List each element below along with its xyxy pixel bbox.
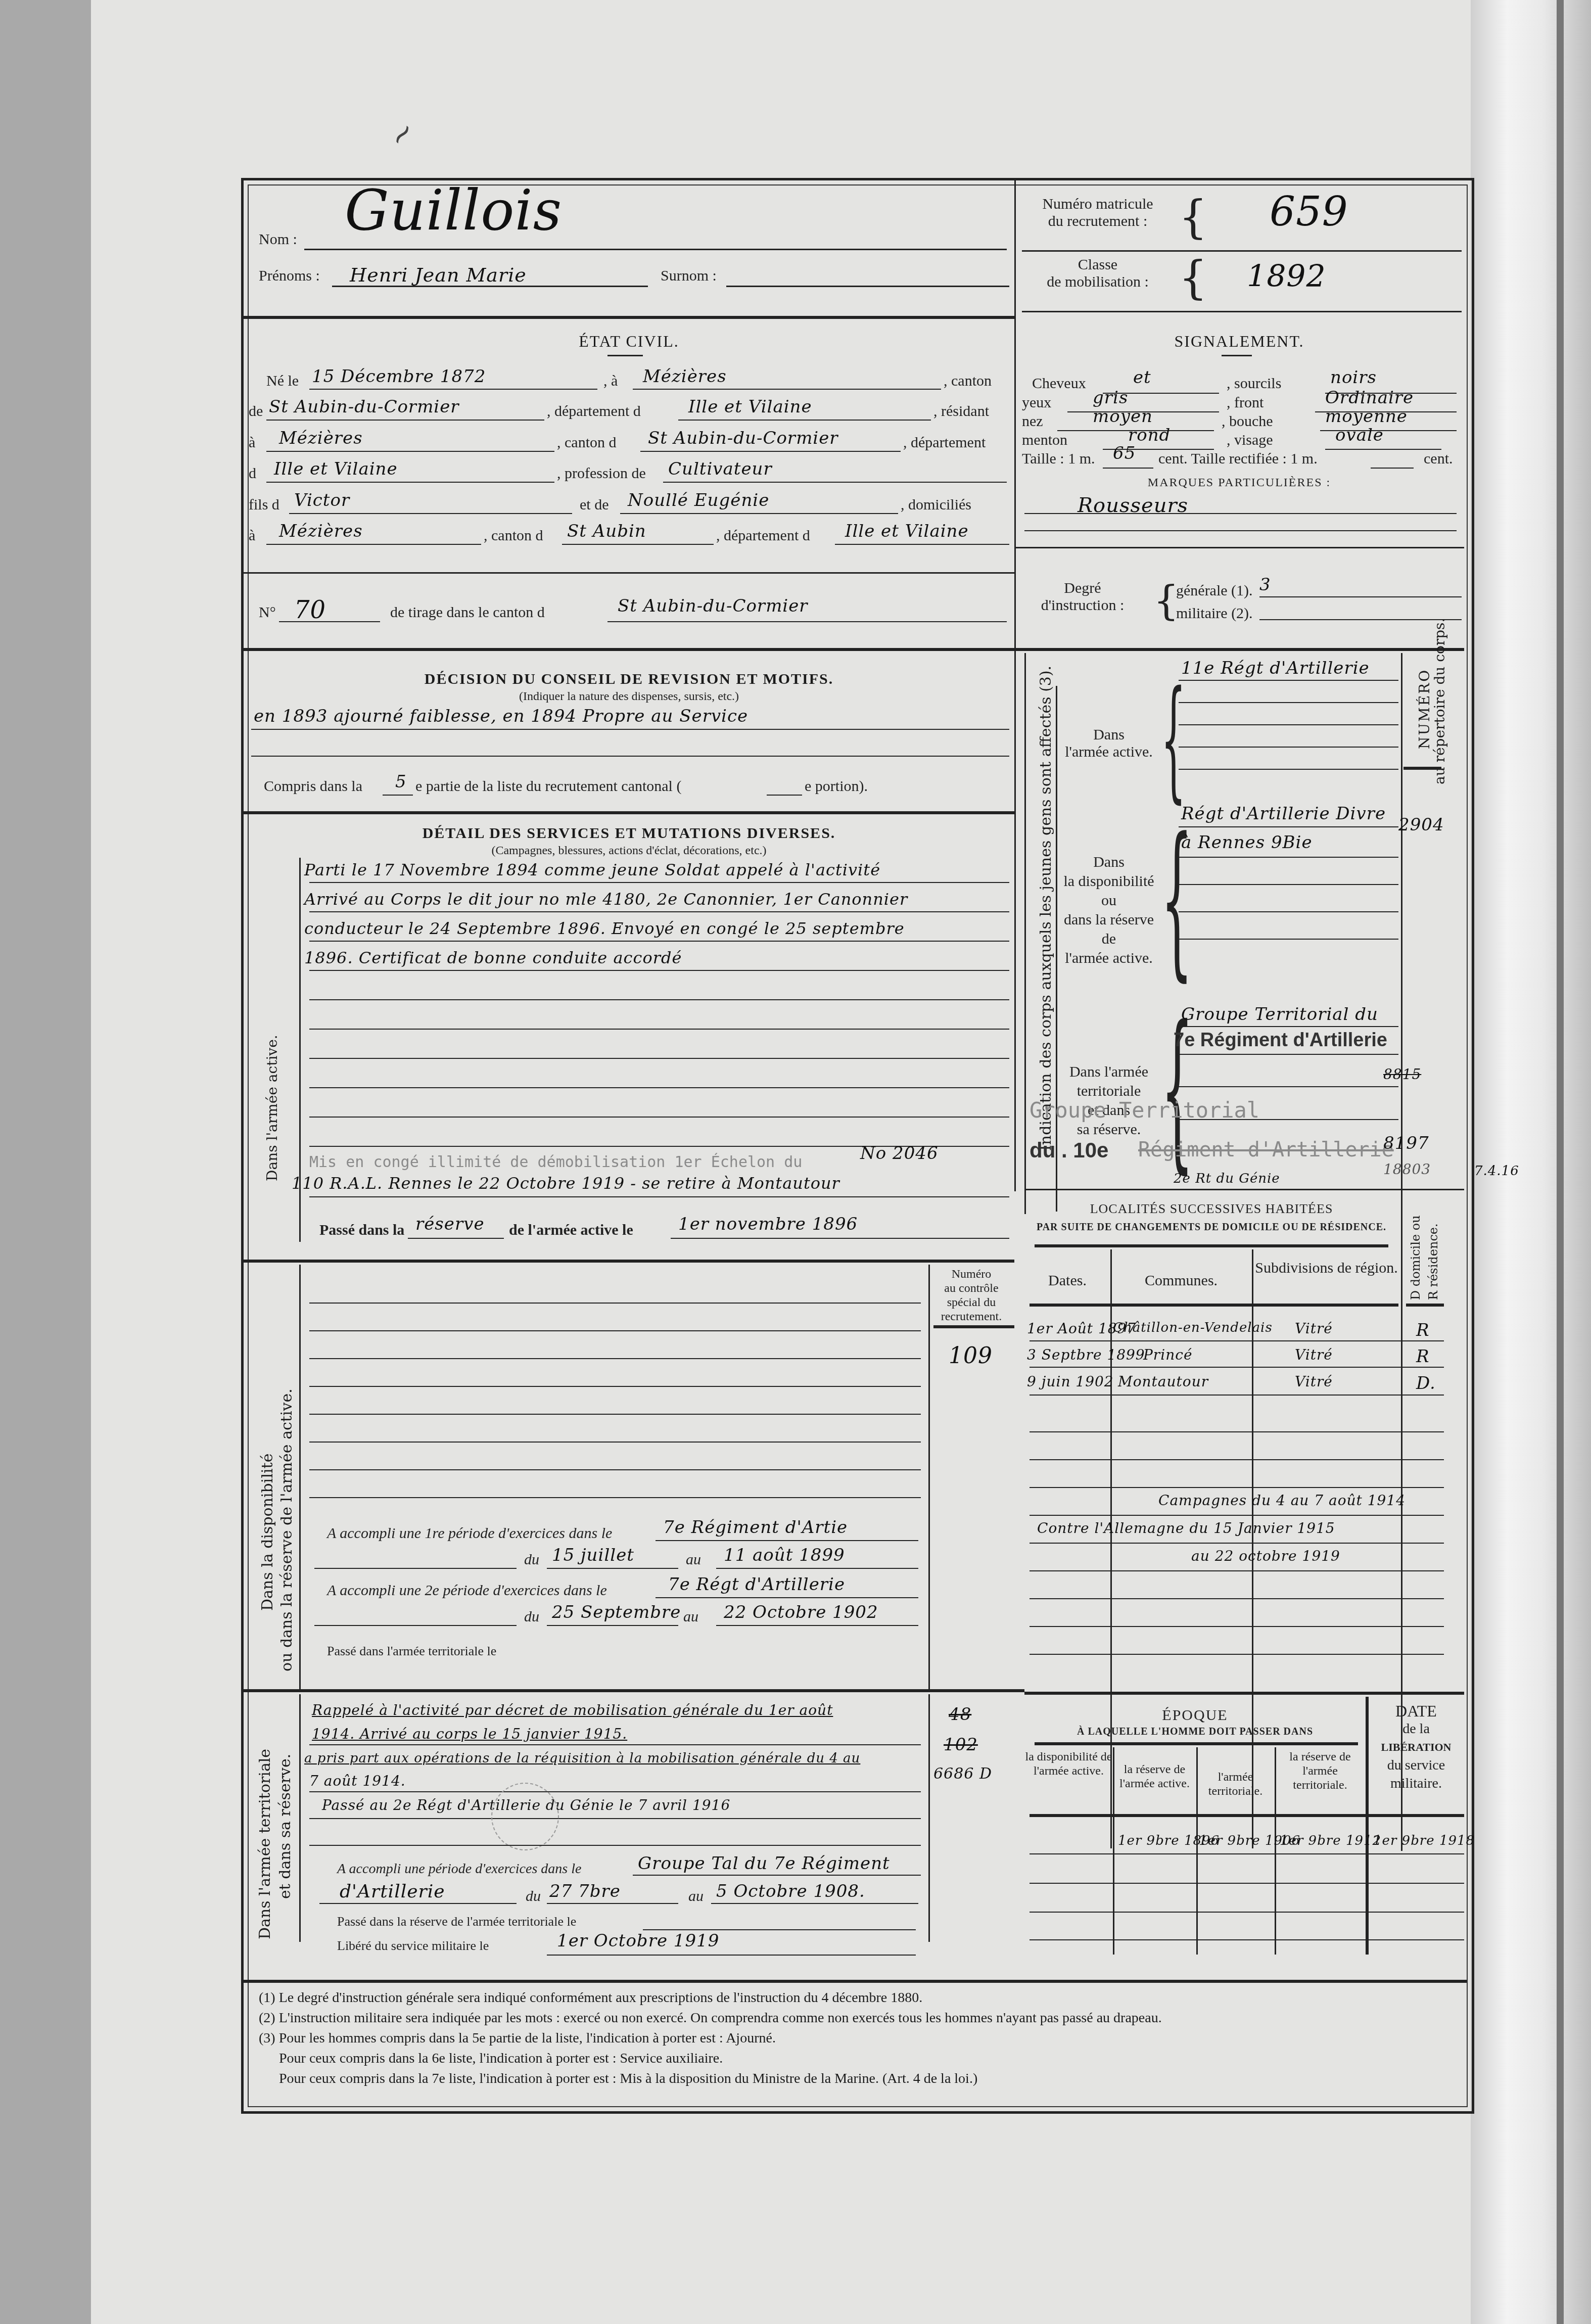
a-label: à: [249, 527, 255, 544]
periode2-au: 22 Octobre 1902: [724, 1602, 878, 1622]
field-line: [678, 420, 931, 421]
au-label: au: [688, 1888, 704, 1905]
field-line: [1179, 1054, 1398, 1055]
col-header-dates: Dates.: [1024, 1272, 1110, 1289]
field-line: [663, 482, 1007, 483]
field-line: [633, 389, 941, 390]
fils-de-label: fils d: [249, 496, 279, 514]
active-label: Dansl'armée active.: [1058, 726, 1159, 761]
demobilisation-number: No 2046: [860, 1143, 939, 1164]
instruction-generale-value: 3: [1259, 575, 1271, 595]
section-rule: [244, 1980, 1467, 1983]
residence-departement-value: Ille et Vilaine: [274, 459, 398, 479]
canton-label: , canton d: [484, 527, 543, 544]
controle-value: 109: [949, 1343, 993, 1369]
territoriale-corps-value: Groupe Territorial du: [1181, 1004, 1378, 1025]
section-rule: [244, 811, 1014, 814]
services-subtitle: (Campagnes, blessures, actions d'éclat, …: [244, 844, 1014, 858]
d-label: d: [249, 465, 256, 482]
field-line: [711, 1903, 918, 1904]
brace: {: [1179, 191, 1207, 244]
compris-label: Compris dans la: [264, 778, 362, 795]
residant-label: , résidant: [933, 403, 989, 420]
field-line: [383, 795, 413, 796]
field-line: [309, 882, 1009, 883]
row-line: [1030, 1654, 1444, 1655]
territoriale-line: Rappelé à l'activité par décret de mobil…: [312, 1702, 833, 1718]
rule: [1022, 250, 1462, 252]
territoriale-side-label: Dans l'armée territoriale: [256, 1749, 274, 1939]
row-line: [1030, 1626, 1444, 1627]
front-value: Ordinaire: [1325, 388, 1414, 408]
brace: {: [1161, 802, 1193, 996]
row-line: [1030, 1487, 1444, 1488]
periode-du: 27 7bre: [549, 1881, 621, 1901]
brace: {: [1153, 577, 1179, 624]
tirage-no-label: N°: [259, 604, 276, 621]
demobilisation-stamp: Mis en congé illimité de démobilisation …: [309, 1153, 802, 1171]
visage-label: , visage: [1227, 432, 1273, 449]
field-line: [309, 1442, 921, 1443]
compris-label-2: e partie de la liste du recrutement cant…: [415, 778, 681, 795]
row-line: [1030, 1515, 1444, 1516]
rule: [1024, 1189, 1464, 1190]
localite-subdivision: Vitré: [1295, 1346, 1333, 1363]
field-line: [633, 1875, 921, 1876]
corps-divider: [1024, 653, 1026, 1214]
row-line: [1030, 1912, 1464, 1913]
demobilisation-line: 110 R.A.L. Rennes le 22 Octobre 1919 - s…: [292, 1174, 840, 1193]
field-line: [314, 1568, 517, 1569]
side-divider: [299, 1694, 301, 1942]
marques-title: MARQUES PARTICULIÈRES :: [1014, 476, 1464, 490]
footnote-2: (2) L'instruction militaire sera indiqué…: [259, 2010, 1162, 2026]
compris-label-3: e portion).: [805, 778, 868, 795]
dr-label-2: R résidence.: [1426, 1223, 1440, 1300]
localite-commune: Princé: [1143, 1346, 1192, 1363]
corps-inner-divider: [1056, 686, 1057, 1212]
controle-divider: [928, 1694, 930, 1942]
controle-divider: [928, 1265, 930, 1689]
field-line: [309, 1117, 1009, 1118]
service-line: Arrivé au Corps le dit jour no mle 4180,…: [304, 890, 908, 909]
lieu-naissance-value: Mézières: [643, 366, 727, 387]
field-line: [547, 1625, 678, 1626]
field-line: [279, 621, 380, 622]
field-line: [671, 1238, 1009, 1239]
liberation-header: DATE de la LIBÉRATION du service militai…: [1368, 1702, 1464, 1793]
controle-label: Numéro au contrôle spécial du recrutemen…: [928, 1267, 1014, 1324]
nez-value: moyen: [1093, 406, 1153, 427]
surnom-line: [726, 286, 1009, 287]
prenoms-line: [332, 286, 648, 287]
du-label: du: [524, 1551, 539, 1568]
localite-commune: Châtillon-en-Vendelais: [1113, 1320, 1273, 1335]
passe-value: réserve: [415, 1214, 485, 1234]
service-line: Parti le 17 Novembre 1894 comme jeune So…: [304, 860, 880, 879]
disponibilite-numero: 2904: [1398, 815, 1444, 835]
prenoms-label: Prénoms :: [259, 267, 320, 285]
regiment-stamp: Régiment d'Artillerie: [1138, 1138, 1394, 1161]
footnote-1: (1) Le degré d'instruction générale sera…: [259, 1990, 922, 2006]
field-line: [309, 389, 597, 390]
field-line: [1179, 857, 1398, 858]
row-line: [1030, 1570, 1444, 1571]
side-divider: [299, 1265, 301, 1689]
field-line: [309, 941, 1009, 942]
periode2-label: A accompli une 2e période d'exercices da…: [327, 1582, 607, 1599]
field-line: [309, 1303, 921, 1304]
instruction-label: Degréd'instruction :: [1022, 580, 1143, 614]
row-line: [1030, 1598, 1444, 1599]
official-seal: [491, 1783, 559, 1850]
periode1-du: 15 juillet: [552, 1545, 634, 1565]
disponibilite-corps-value: Régt d'Artillerie Divre: [1181, 804, 1386, 824]
active-corps-value: 11e Régt d'Artillerie: [1181, 658, 1370, 678]
field-line: [266, 420, 544, 421]
epoque-subtitle: À LAQUELLE L'HOMME DOIT PASSER DANS: [1024, 1726, 1366, 1738]
section-rule: [1014, 648, 1464, 651]
services-title: DÉTAIL DES SERVICES ET MUTATIONS DIVERSE…: [244, 825, 1014, 842]
field-line: [1179, 747, 1398, 748]
a-label: à: [249, 434, 255, 451]
brace: {: [1179, 251, 1207, 304]
menton-label: menton: [1022, 432, 1067, 449]
section-rule: [244, 1689, 1024, 1692]
field-line: [767, 795, 802, 796]
field-line: [289, 513, 572, 514]
periode-corps-2: d'Artillerie: [340, 1881, 445, 1902]
liberation-value: 1er 9bre 1918: [1373, 1833, 1475, 1848]
epoque-col-reserve-active: la réserve de l'armée active.: [1113, 1762, 1196, 1791]
reserve-territoriale-label: Passé dans la réserve de l'armée territo…: [337, 1914, 576, 1929]
field-line: [408, 1238, 504, 1239]
yeux-value: gris: [1093, 388, 1128, 408]
row-line: [1030, 1367, 1444, 1368]
field-line: [1179, 724, 1398, 725]
field-line: [309, 1818, 921, 1819]
rule: [933, 1325, 1014, 1328]
field-line: [309, 911, 1009, 912]
domicile-value: Mézières: [279, 521, 363, 541]
instruction-militaire-label: militaire (2).: [1176, 605, 1253, 622]
section-rule: [1024, 1692, 1464, 1695]
row-line: [1030, 1543, 1444, 1544]
book-spine: [1557, 0, 1564, 2324]
controle-value-struck: 48: [949, 1704, 971, 1725]
periode1-au: 11 août 1899: [724, 1545, 845, 1565]
residence-canton-value: St Aubin-du-Cormier: [648, 428, 838, 448]
field-line: [309, 1330, 921, 1331]
field-line: [1179, 702, 1398, 703]
canton-label: , canton d: [557, 434, 616, 451]
departement-label: , département d: [716, 527, 810, 544]
localite-date: 9 juin 1902: [1027, 1373, 1114, 1390]
yeux-label: yeux: [1022, 394, 1051, 411]
field-line: [1179, 911, 1398, 912]
section-rule: [244, 316, 1014, 319]
localite-subdivision: Vitré: [1295, 1373, 1333, 1390]
genie-value: 2e Rt du Génie: [1174, 1171, 1280, 1186]
territoriale-line: 1914. Arrivé au corps le 15 janvier 1915…: [312, 1726, 627, 1742]
passe-date-value: 1er novembre 1896: [678, 1214, 858, 1234]
a-label: , à: [603, 373, 618, 390]
field-line: [309, 970, 1009, 971]
ornament-rule: [1035, 1244, 1388, 1247]
field-line: [1179, 1086, 1398, 1087]
row-line: [1030, 1883, 1464, 1884]
canton-label: , canton: [944, 373, 992, 390]
canton-value: St Aubin-du-Cormier: [269, 397, 459, 417]
periode2-corps: 7e Régt d'Artillerie: [668, 1574, 845, 1595]
visage-value: ovale: [1335, 425, 1384, 445]
disponibilite-side-label: Dans la disponibilité: [259, 1454, 276, 1611]
section-rule: [244, 1260, 1014, 1263]
prenoms-value: Henri Jean Marie: [350, 264, 527, 286]
field-line: [656, 1597, 918, 1598]
title-rule: [1222, 355, 1252, 356]
field-line: [1024, 513, 1457, 514]
services-side-label: Dans l'armée active.: [264, 1035, 280, 1181]
field-line: [1179, 769, 1398, 770]
de-label: de: [249, 403, 263, 420]
cheveux-label: Cheveux: [1032, 375, 1086, 392]
field-line: [309, 999, 1009, 1000]
field-line: [309, 1744, 921, 1745]
libere-value: 1er Octobre 1919: [557, 1931, 719, 1951]
classe-label: Classede mobilisation :: [1022, 256, 1174, 291]
libere-label: Libéré du service militaire le: [337, 1938, 489, 1954]
nom-line: [304, 249, 1007, 250]
row-line: [1030, 1939, 1464, 1940]
row-line: [1030, 1853, 1464, 1854]
au-label: au: [686, 1551, 701, 1568]
localites-subtitle: PAR SUITE DE CHANGEMENTS DE DOMICILE OU …: [1024, 1222, 1398, 1233]
field-line: [1259, 596, 1462, 597]
row-line: [1030, 1395, 1444, 1396]
field-line: [1024, 530, 1457, 531]
ornament-rule: [1035, 1742, 1358, 1745]
section-rule: [244, 648, 1014, 651]
matricule-label: Numéro matriculedu recrutement :: [1022, 196, 1174, 230]
numero-divider: [1401, 653, 1402, 1214]
corps-side-label: Indication des corps auxquels les jeunes…: [1037, 666, 1055, 1151]
field-line: [835, 544, 1009, 545]
taille-value: 65: [1113, 443, 1136, 463]
field-line: [547, 1955, 916, 1956]
header-rule: [1406, 1304, 1444, 1307]
domicilies-label: , domiciliés: [901, 496, 971, 514]
mere-value: Noullé Eugénie: [628, 490, 769, 510]
rule: [1403, 767, 1441, 770]
field-line: [309, 1358, 921, 1359]
service-line: conducteur le 24 Septembre 1896. Envoyé …: [304, 919, 905, 938]
epoque-col-disponibilite: la disponibilité de l'armée active.: [1024, 1750, 1113, 1778]
bouche-value: moyenne: [1325, 406, 1408, 427]
territoriale-line: 7 août 1914.: [309, 1773, 406, 1789]
periode-au: 5 Octobre 1908.: [716, 1881, 865, 1901]
ne-le-value: 15 Décembre 1872: [312, 366, 486, 387]
sourcils-value: noirs: [1330, 367, 1377, 388]
rule: [244, 572, 1014, 574]
decision-title: DÉCISION DU CONSEIL DE REVISION ET MOTIF…: [244, 671, 1014, 688]
et-de-label: et de: [580, 496, 609, 514]
profession-value: Cultivateur: [668, 459, 772, 479]
localite-dr: R: [1416, 1346, 1430, 1367]
controle-value-struck-2: 102: [944, 1735, 978, 1755]
tirage-no-value: 70: [294, 596, 326, 624]
disponibilite-side-label-2: ou dans la réserve de l'armée active.: [278, 1388, 296, 1671]
campagnes-line: Contre l'Allemagne du 15 Janvier 1915: [1037, 1520, 1335, 1537]
residence-value: Mézières: [279, 428, 363, 448]
field-line: [266, 482, 554, 483]
brace: {: [1161, 663, 1186, 816]
tirage-label: de tirage dans le canton d: [390, 604, 545, 621]
periode2-du: 25 Septembre: [552, 1602, 681, 1622]
nom-value: Guillois: [345, 178, 562, 243]
field-line: [547, 1568, 678, 1569]
field-line: [309, 1845, 921, 1846]
departement-label: , département: [903, 434, 986, 451]
localite-subdivision: Vitré: [1295, 1320, 1333, 1337]
localite-commune: Montautour: [1118, 1373, 1208, 1390]
matricule-value: 659: [1270, 188, 1348, 235]
field-line: [309, 1196, 1009, 1197]
du-label: du: [526, 1888, 541, 1905]
row-line: [1030, 1431, 1444, 1432]
decision-subtitle: (Indiquer la nature des dispenses, sursi…: [244, 690, 1014, 704]
field-line: [656, 1540, 918, 1541]
taille-label: Taille : 1 m.: [1022, 450, 1095, 468]
col-header-subdivisions: Subdivisions de région.: [1254, 1260, 1398, 1277]
domicile-canton-value: St Aubin: [567, 521, 646, 541]
epoque-col-territoriale: l'armée territoriale.: [1196, 1770, 1275, 1798]
dr-label: D domicile ou: [1409, 1215, 1423, 1300]
field-line: [309, 1791, 921, 1792]
cheveux-value: et: [1133, 367, 1151, 388]
military-register-form: Nom : Guillois Prénoms : Henri Jean Mari…: [241, 178, 1474, 2114]
col-header-communes: Communes.: [1110, 1272, 1252, 1289]
field-line: [1325, 449, 1441, 450]
service-line: 1896. Certificat de bonne conduite accor…: [304, 948, 682, 967]
pere-value: Victor: [294, 490, 350, 510]
signalement-title: SIGNALEMENT.: [1014, 332, 1464, 351]
campagnes-line: au 22 octobre 1919: [1191, 1548, 1340, 1564]
field-line: [309, 1058, 1009, 1059]
header-rule: [1030, 1814, 1464, 1817]
field-line: [309, 1497, 921, 1498]
field-line: [1179, 680, 1398, 681]
footnote-3: (3) Pour les hommes compris dans la 5e p…: [259, 2030, 776, 2047]
bouche-label: , bouche: [1222, 413, 1273, 430]
taille-rectifiee-label: cent. Taille rectifiée : 1 m.: [1158, 450, 1318, 468]
ne-le-label: Né le: [266, 373, 299, 390]
sourcils-label: , sourcils: [1227, 375, 1281, 392]
passe-label: Passé dans la: [319, 1222, 404, 1239]
localites-title: LOCALITÉS SUCCESSIVES HABITÉES: [1024, 1201, 1398, 1217]
du-label: du: [524, 1608, 539, 1625]
field-line: [251, 756, 1009, 757]
field-line: [620, 513, 898, 514]
numero-label-2: au répertoire du corps.: [1431, 618, 1448, 784]
field-line: [1179, 826, 1398, 827]
territoriale-side-label-2: et dans sa réserve.: [276, 1754, 294, 1899]
field-line: [1179, 939, 1398, 940]
field-line: [309, 1414, 921, 1415]
regiment-stamp-prefix: du . 10e: [1030, 1138, 1108, 1163]
disponibilite-label: Dans la disponibilité ou dans la réserve…: [1058, 853, 1159, 968]
campagnes-line: Campagnes du 4 au 7 août 1914: [1158, 1492, 1406, 1509]
field-line: [309, 1469, 921, 1470]
controle-value: 6686 D: [933, 1765, 992, 1783]
epoque-value-reserve-territoriale: 1er 9bre 1912: [1280, 1833, 1381, 1848]
periode-corps: Groupe Tal du 7e Régiment: [638, 1853, 890, 1874]
cent-label: cent.: [1424, 450, 1453, 468]
surnom-label: Surnom :: [661, 267, 717, 285]
footnote-3b: Pour ceux compris dans la 6e liste, l'in…: [279, 2051, 723, 2067]
field-line: [309, 1087, 1009, 1088]
passe-label-2: de l'armée active le: [509, 1222, 633, 1239]
domicile-departement-value: Ille et Vilaine: [845, 521, 969, 541]
profession-label: , profession de: [557, 465, 646, 482]
field-line: [309, 1386, 921, 1387]
title-rule: [607, 355, 643, 356]
field-line: [562, 544, 714, 545]
rule: [1022, 311, 1462, 312]
nez-label: nez: [1022, 413, 1043, 430]
row-line: [1030, 1459, 1444, 1460]
rule: [1014, 547, 1464, 548]
etat-civil-title: ÉTAT CIVIL.: [244, 332, 1014, 351]
territoriale-numero-1: 8815: [1383, 1066, 1421, 1083]
field-line: [1103, 468, 1153, 469]
front-label: , front: [1227, 394, 1264, 411]
localite-dr: R: [1416, 1320, 1430, 1340]
territoriale-line: a pris part aux opérations de la réquisi…: [304, 1751, 860, 1766]
field-line: [1179, 884, 1398, 885]
territoriale-numero-2: 8197: [1383, 1133, 1429, 1153]
localite-date: 3 Septbre 1899: [1027, 1346, 1145, 1363]
field-line: [547, 1903, 678, 1904]
field-line: [716, 1568, 918, 1569]
departement-value: Ille et Vilaine: [688, 397, 812, 417]
field-line: [1371, 468, 1414, 469]
instruction-generale-label: générale (1).: [1176, 582, 1253, 599]
field-line: [607, 621, 1007, 622]
classe-value: 1892: [1247, 259, 1326, 294]
departement-label: , département d: [547, 403, 641, 420]
field-line: [716, 1625, 918, 1626]
menton-value: rond: [1128, 425, 1171, 445]
disponibilite-corps-value-2: à Rennes 9Bie: [1181, 832, 1313, 853]
epoque-title: ÉPOQUE: [1024, 1707, 1366, 1724]
epoque-col-reserve-territoriale: la réserve de l'armée territoriale.: [1275, 1750, 1366, 1792]
compris-value: 5: [395, 772, 407, 792]
territoriale-regiment-stamp: 7e Régiment d'Artillerie: [1174, 1030, 1387, 1051]
field-line: [266, 451, 554, 452]
field-line: [319, 1903, 517, 1904]
field-line: [643, 1929, 916, 1930]
field-line: [309, 1029, 1009, 1030]
row-line: [1030, 1340, 1444, 1341]
tirage-canton-value: St Aubin-du-Cormier: [618, 596, 808, 616]
au-label: au: [683, 1608, 698, 1625]
field-line: [251, 729, 1009, 730]
field-line: [314, 1625, 517, 1626]
page-edge: [1471, 0, 1591, 2324]
decision-value: en 1893 ajourné faiblesse, en 1894 Propr…: [254, 706, 748, 726]
field-line: [266, 544, 481, 545]
